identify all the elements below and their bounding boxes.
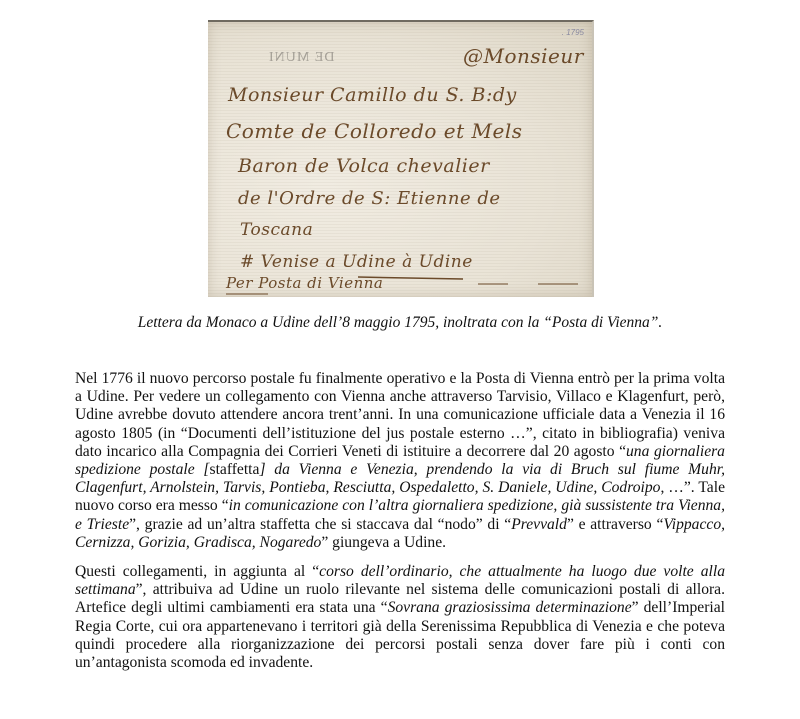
text-segment: staffetta <box>210 461 260 478</box>
text-segment-italic: Sovrana graziosissima determinazione <box>388 599 632 616</box>
ink-underlines <box>208 22 592 297</box>
figure-caption: Lettera da Monaco a Udine dell’8 maggio … <box>0 314 800 332</box>
text-segment: ” giungeva a Udine. <box>321 534 446 551</box>
text-segment: Questi collegamenti, in aggiunta al “ <box>75 563 319 580</box>
paragraph: Nel 1776 il nuovo percorso postale fu fi… <box>75 370 725 552</box>
article-body: Nel 1776 il nuovo percorso postale fu fi… <box>75 370 725 683</box>
text-segment-italic: Prevvald <box>511 516 567 533</box>
text-segment: ”, grazie ad un’altra staffetta che si s… <box>129 516 511 533</box>
letter-image: DE MUNI . 1795 @Monsieur Monsieur Camill… <box>208 20 594 297</box>
paragraph: Questi collegamenti, in aggiunta al “cor… <box>75 563 725 672</box>
text-segment: ” e attraverso “ <box>567 516 663 533</box>
